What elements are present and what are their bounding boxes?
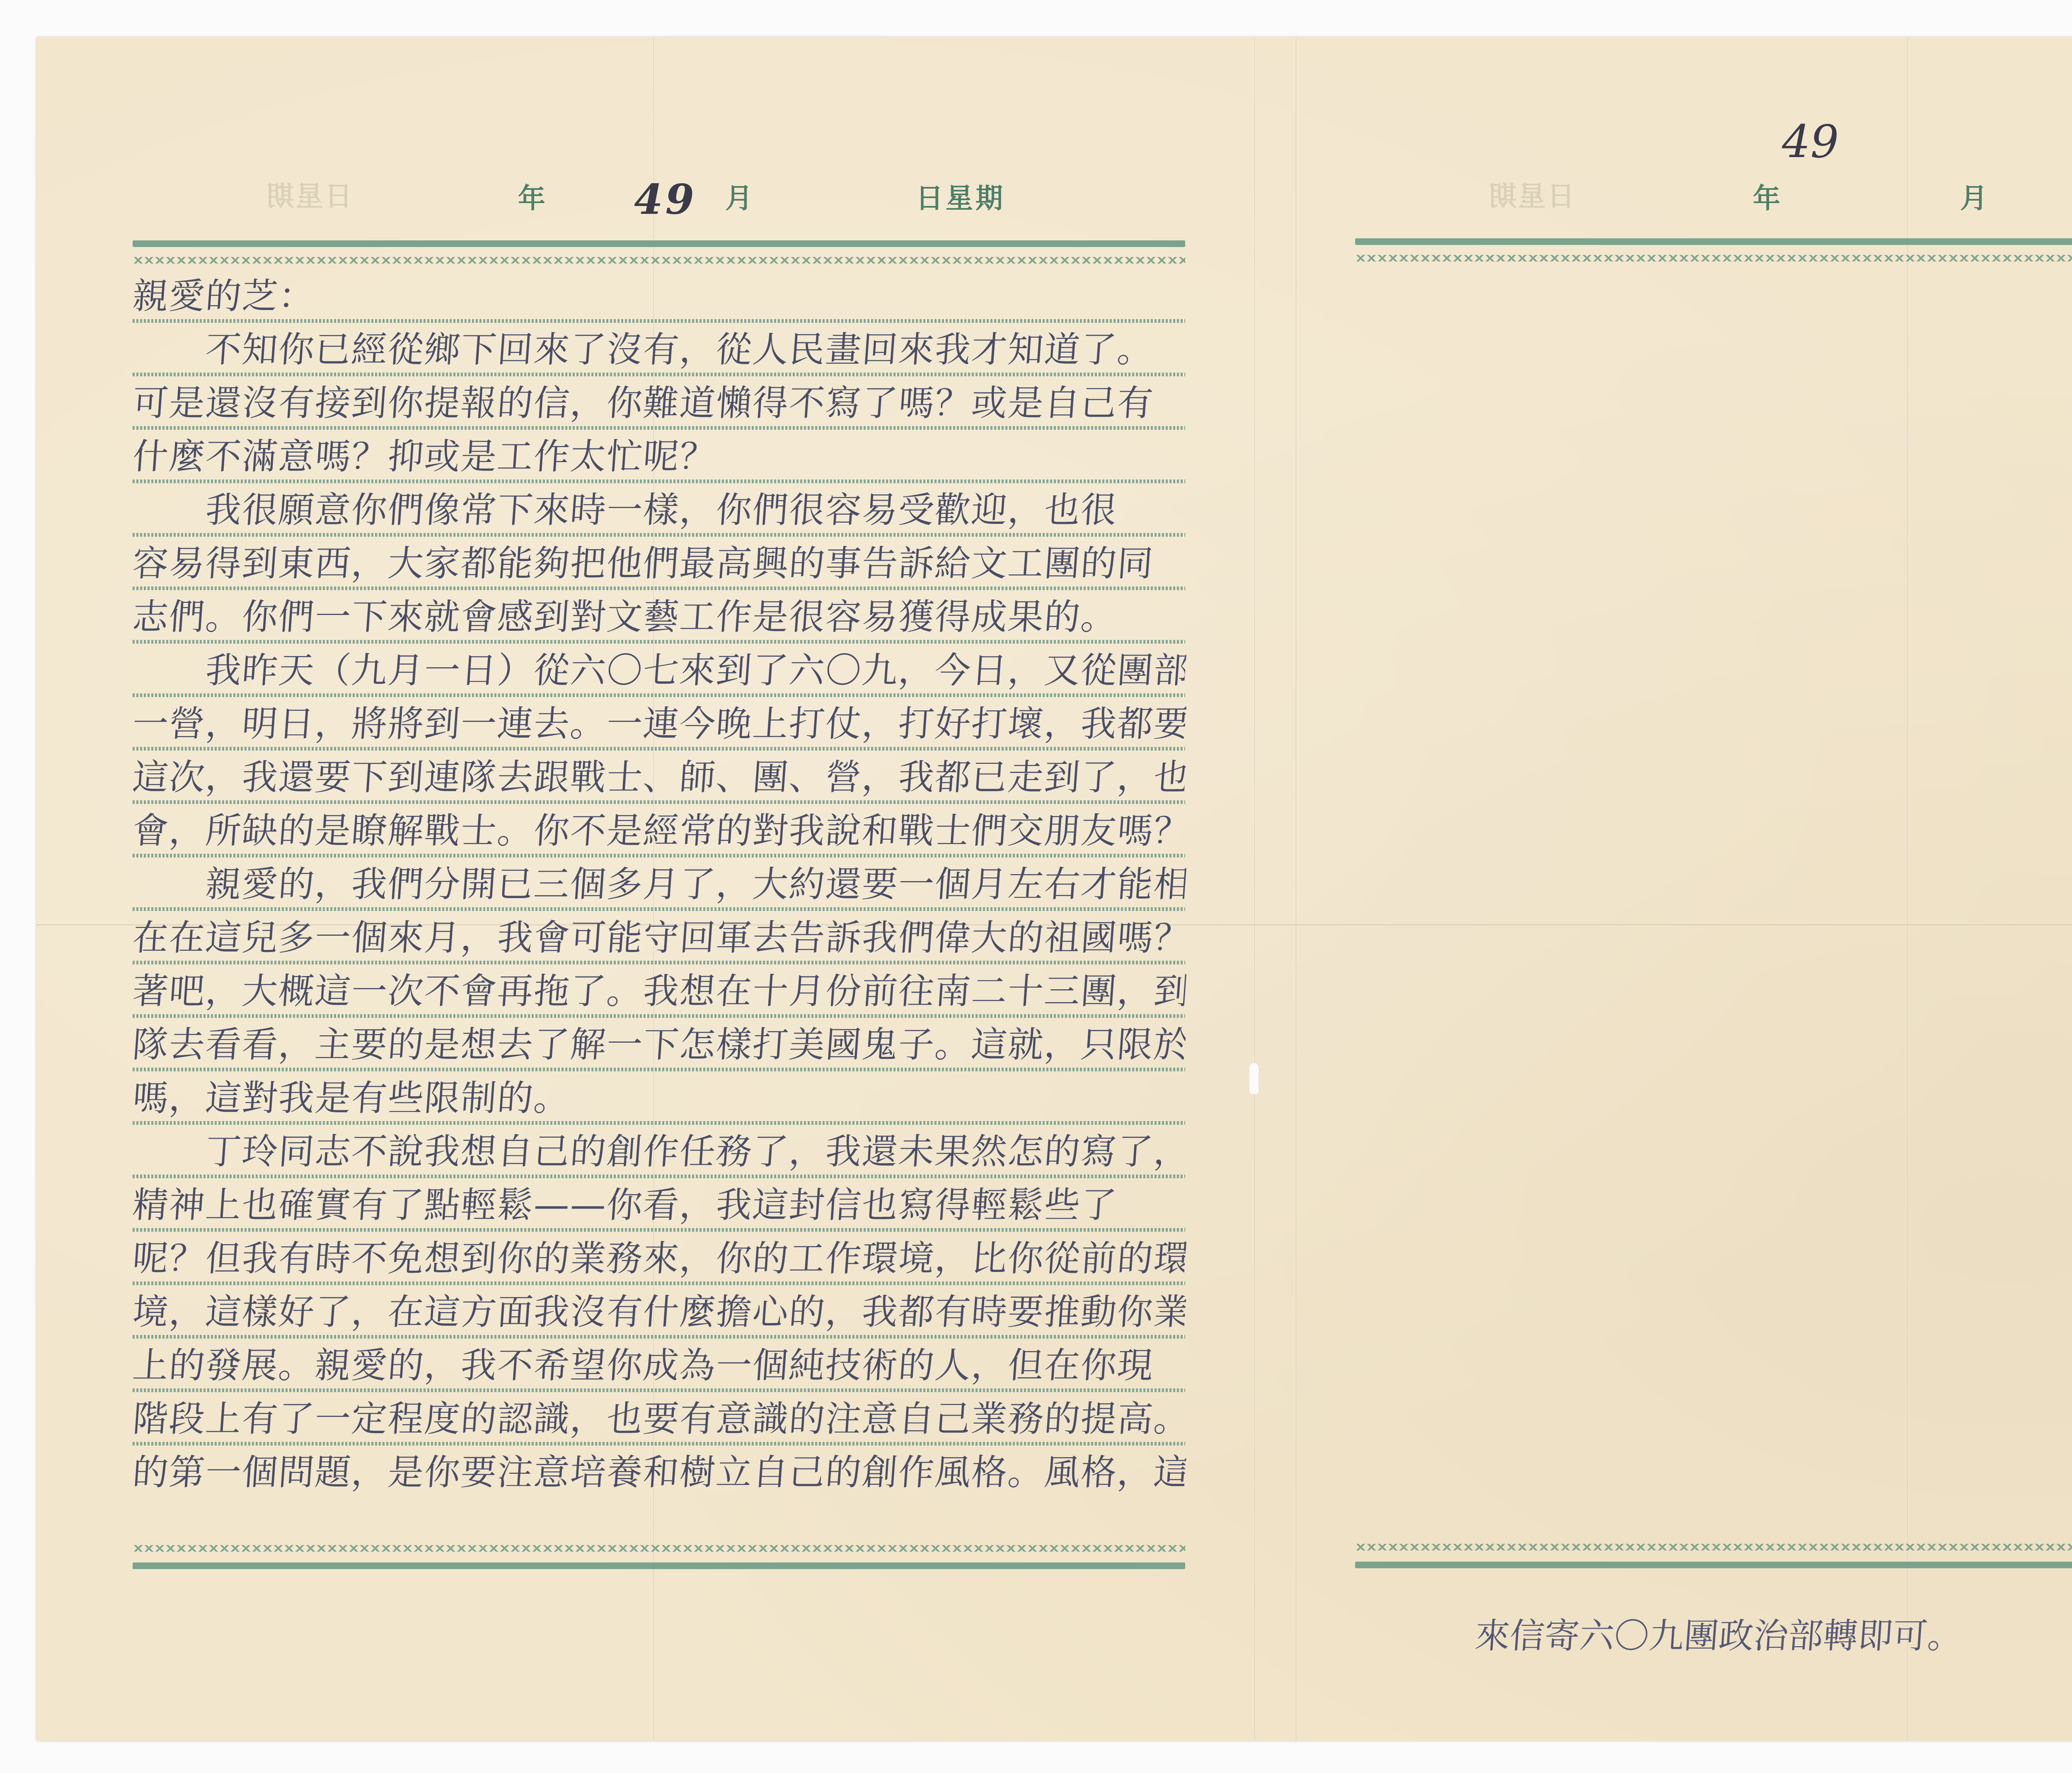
month-label: 月 [725, 176, 755, 216]
top-heavy-rule [133, 240, 1185, 247]
year-label: 年 [518, 176, 548, 216]
handwritten-line: 會，所缺的是瞭解戰士。你不是經常的對我說和戰士們交朋友嗎？ [131, 810, 1187, 852]
ruled-line [133, 640, 1185, 644]
postscript-address-note: 來信寄六〇九團政治部轉即可。 [1474, 1608, 1964, 1658]
ruled-line [133, 1388, 1185, 1392]
ruled-line [133, 800, 1185, 804]
bottom-wavy-rule [1355, 1544, 2072, 1550]
ruled-line [133, 1442, 1185, 1446]
top-wavy-rule [1355, 255, 2072, 262]
show-through-header: 日星期 [1488, 174, 1575, 213]
handwritten-line: 境，這樣好了，在這方面我沒有什麼擔心的，我都有時要推動你業務 [131, 1291, 1187, 1333]
month-label: 月 [1960, 176, 1990, 216]
handwritten-line: 階段上有了一定程度的認識，也要有意識的注意自己業務的提高。我想到 [131, 1398, 1187, 1440]
handwritten-month: 49 [634, 175, 697, 224]
show-through-header: 日星期 [265, 174, 352, 213]
handwritten-line: 不知你已經從鄉下回來了沒有，從人民畫回來我才知道了。 [131, 329, 1187, 371]
page-header: 年 月 日星期 [1753, 170, 2072, 216]
ruled-line [133, 533, 1185, 537]
handwritten-line: 我昨天（九月一日）從六〇七來到了六〇九，今日，又從團部來到了 [131, 650, 1187, 691]
ruled-line [133, 480, 1185, 483]
top-heavy-rule [1355, 238, 2072, 245]
left-page: 日星期 年 49 月 日星期 親愛的芝： 不知你已經從鄉下回來了沒有，從人民畫回… [0, 0, 1256, 1773]
handwritten-line: 嗎，這對我是有些限制的。 [131, 1078, 1187, 1119]
ruled-line [133, 426, 1185, 430]
handwritten-line: 親愛的，我們分開已三個多月了，大約還要一個月左右才能相會。我們現 [131, 864, 1187, 905]
year-label: 年 [1753, 176, 1783, 216]
handwritten-line: 在在這兒多一個來月，我會可能守回軍去告訴我們偉大的祖國嗎？這，等待 [131, 917, 1187, 959]
ruled-line [133, 1068, 1185, 1071]
handwritten-line: 一營，明日，將將到一連去。一連今晚上打仗，打好打壞，我都要去的。 [131, 703, 1187, 745]
handwritten-line: 精神上也確實有了點輕鬆——你看，我這封信也寫得輕鬆些了 [131, 1184, 1187, 1226]
top-wavy-rule [133, 257, 1185, 264]
ruled-line [133, 1175, 1185, 1178]
page-header: 年 49 月 日星期 [518, 170, 1098, 216]
ruled-line [133, 1281, 1185, 1285]
ruled-line [133, 854, 1185, 857]
bottom-heavy-rule [133, 1562, 1185, 1569]
ruled-line [133, 586, 1185, 590]
handwritten-line: 什麼不滿意嗎？抑或是工作太忙呢？ [131, 436, 1187, 477]
handwritten-line: 親愛的芝： [131, 276, 1187, 317]
handwritten-line: 呢？但我有時不免想到你的業務來，你的工作環境，比你從前的環 [131, 1238, 1187, 1279]
bottom-wavy-rule [133, 1545, 1185, 1552]
handwritten-line: 丁玲同志不說我想自己的創作任務了，我還未果然怎的寫了， [131, 1131, 1187, 1172]
handwritten-line: 這次，我還要下到連隊去跟戰士、師、團、營，我都已走到了，也都有了些體 [131, 757, 1187, 798]
handwritten-line: 隊去看看，主要的是想去了解一下怎樣打美國鬼子。這就，只限於打勝仗 [131, 1024, 1187, 1066]
ruled-line [133, 747, 1185, 751]
handwritten-line: 志們。你們一下來就會感到對文藝工作是很容易獲得成果的。 [131, 596, 1187, 638]
handwritten-line: 著吧，大概這一次不會再拖了。我想在十月份前往南二十三團，到中線的部 [131, 971, 1187, 1012]
handwritten-line: 我很願意你們像常下來時一樣，你們很容易受歡迎，也很 [131, 489, 1187, 531]
ruled-line [133, 693, 1185, 697]
ruled-line [133, 907, 1185, 911]
handwritten-line: 上的發展。親愛的，我不希望你成為一個純技術的人，但在你現 [131, 1345, 1187, 1386]
right-page: 日星期 49 年 月 日星期 個人的創造作風和個性。有了她的突出鮮明的風格，便會… [1256, 0, 2072, 1773]
ruled-line [133, 1121, 1185, 1125]
handwritten-line: 容易得到東西，大家都能夠把他們最高興的事告訴給文工團的同 [131, 543, 1187, 584]
ruled-line [133, 1228, 1185, 1232]
ruled-line [133, 373, 1185, 376]
handwritten-page-number: 49 [1782, 116, 1839, 168]
handwritten-line: 的第一個問題，是你要注意培養和樹立自己的創作風格。風格，這是一 [131, 1452, 1187, 1493]
bottom-heavy-rule [1355, 1562, 2072, 1568]
ruled-line [133, 961, 1185, 964]
handwritten-line: 可是還沒有接到你提報的信，你難道懶得不寫了嗎？或是自己有 [131, 383, 1187, 424]
ruled-line [133, 1335, 1185, 1339]
day-week-label: 日星期 [916, 176, 1005, 216]
ruled-line [133, 319, 1185, 323]
ruled-line [133, 1014, 1185, 1018]
